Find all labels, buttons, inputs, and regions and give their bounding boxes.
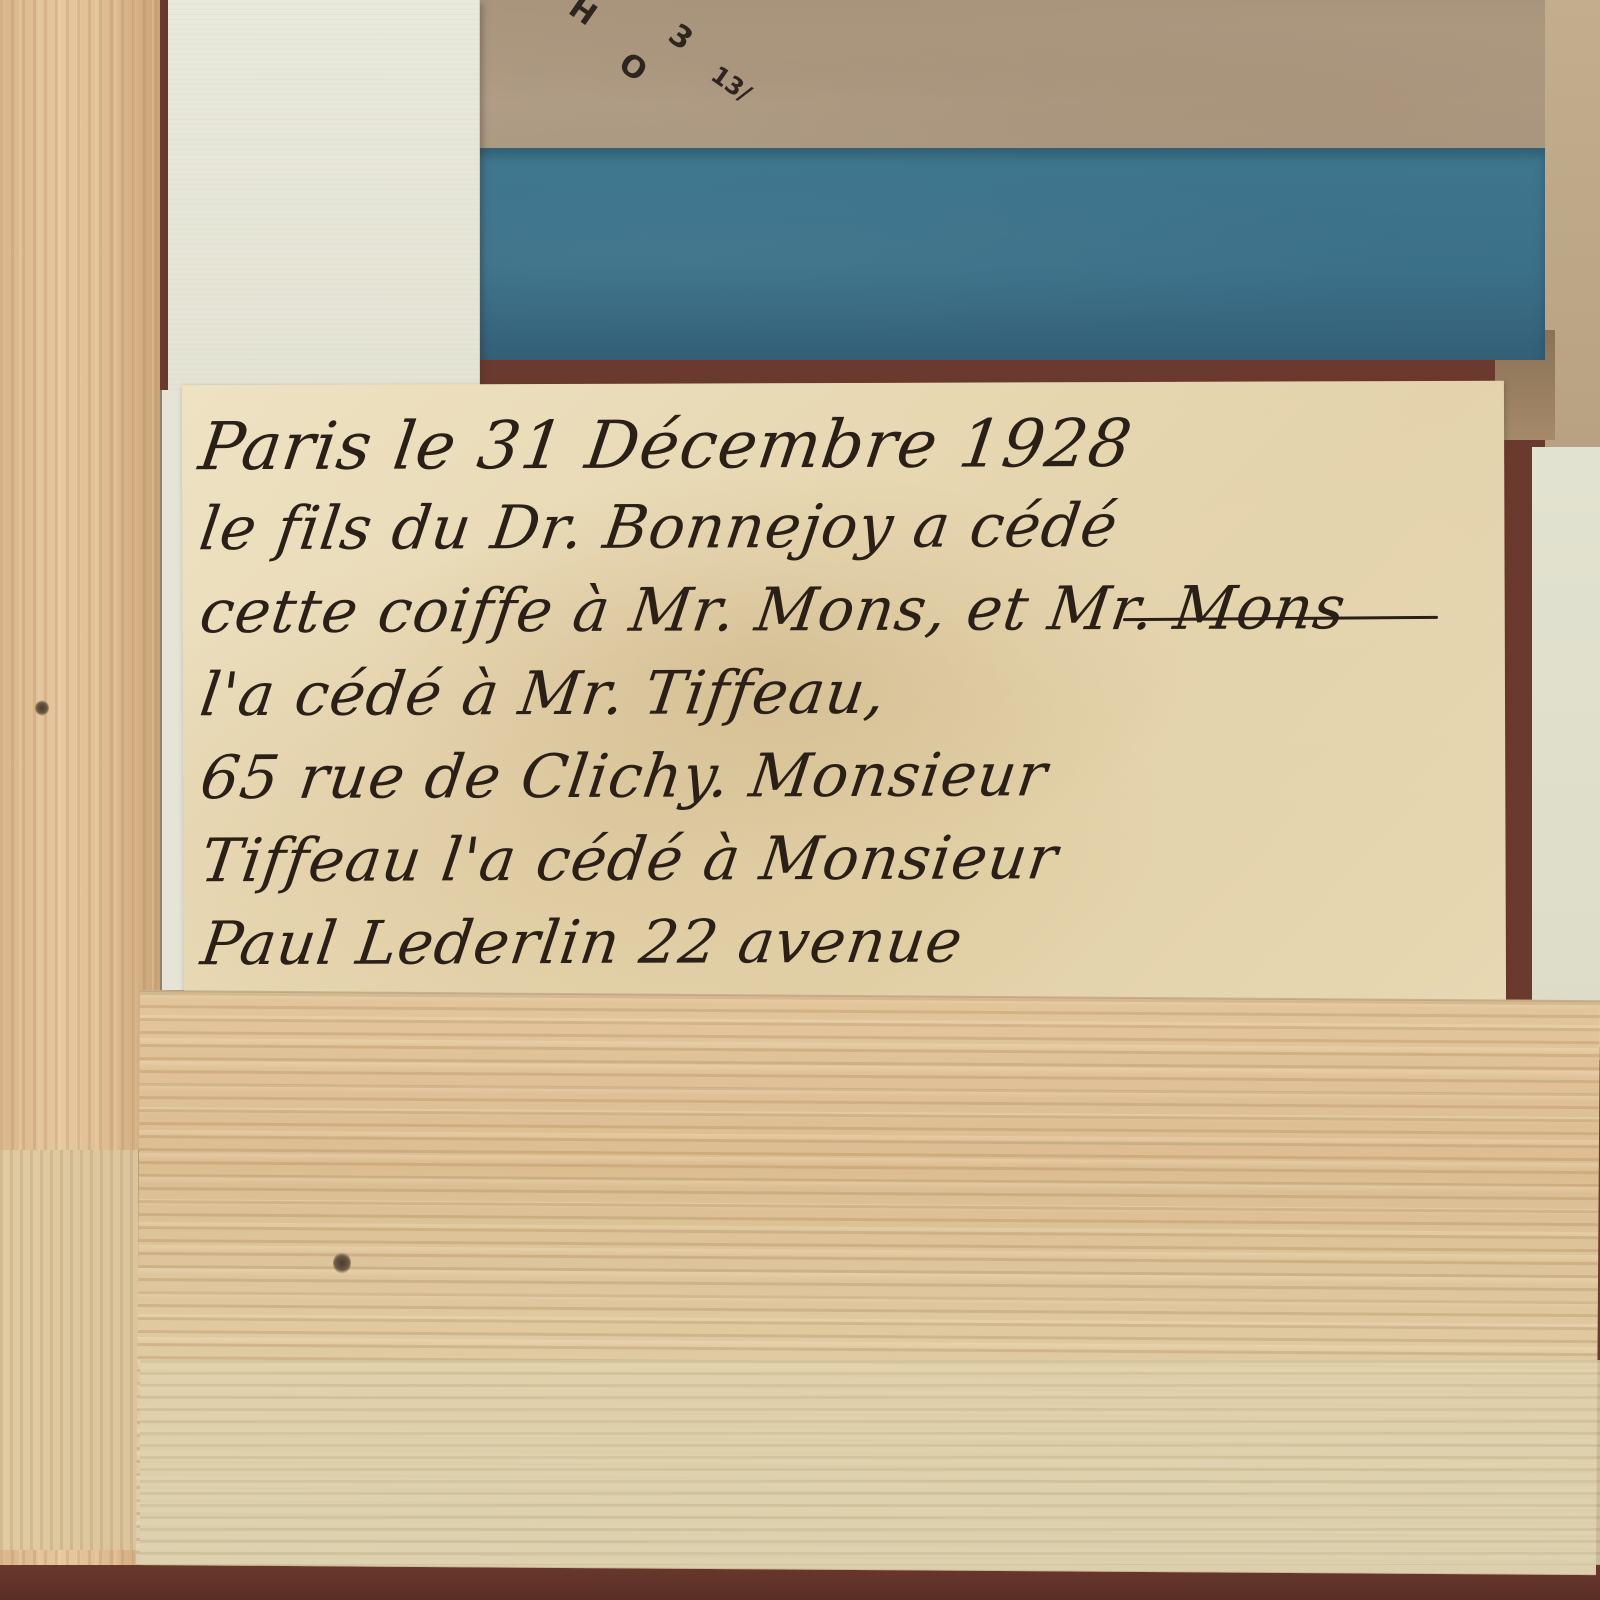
note-line-date: Paris le 31 Décembre 1928 [194, 401, 1495, 489]
wood-strip-bottom-lower [140, 1360, 1600, 1565]
pencil-mark: H [562, 0, 603, 33]
mat-board-top-left [168, 0, 480, 395]
note-text: Paris le 31 Décembre 1928 le fils du Dr.… [194, 401, 1486, 1069]
pencil-marks: H O 3 13/ [560, 0, 800, 140]
note-line: 65 rue de Clichy. Monsieur [195, 733, 1496, 821]
photo-scene: H O 3 13/ Paris le 31 Décembre 1928 le f… [0, 0, 1600, 1600]
pencil-mark: 13/ [706, 60, 757, 107]
note-line: le fils du Dr. Bonnejoy a cédé [195, 484, 1496, 572]
blue-paper-band [475, 148, 1545, 360]
wood-strip-left-lower [0, 1150, 140, 1550]
nail-hole [35, 700, 49, 716]
pencil-mark: 3 [662, 17, 699, 58]
nail-hole [333, 1252, 351, 1274]
note-line: Tiffeau l'a cédé à Monsieur [196, 816, 1497, 904]
mat-board-right [1532, 447, 1600, 1047]
note-line: l'a cédé à Mr. Tiffeau, [195, 650, 1496, 738]
handwritten-note: Paris le 31 Décembre 1928 le fils du Dr.… [182, 381, 1506, 1023]
pencil-mark: O [612, 46, 653, 89]
note-line: cette coiffe à Mr. Mons, et Mr. Mons [195, 567, 1496, 655]
note-line: Paul Lederlin 22 avenue [196, 899, 1497, 987]
